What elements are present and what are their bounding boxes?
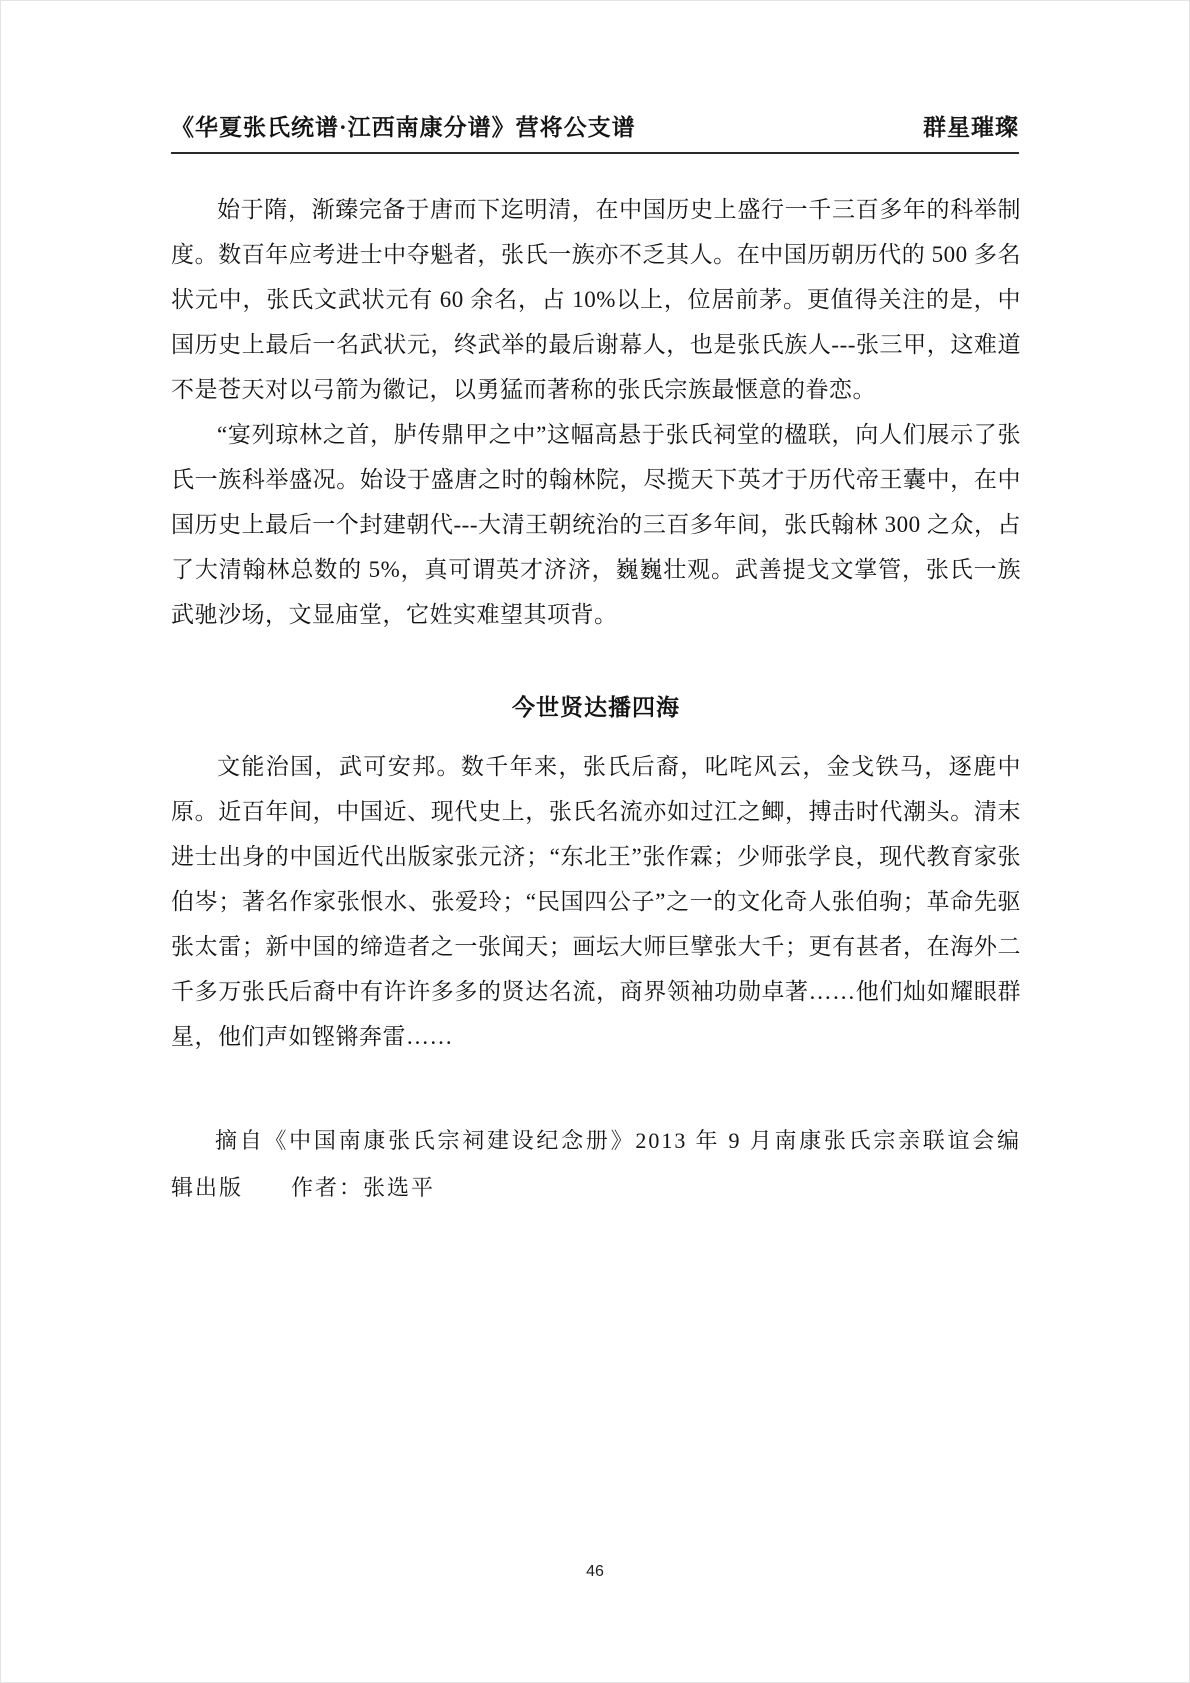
- paragraph-hanlin-academy: “宴列琼林之首，胪传鼎甲之中”这幅高悬于张氏祠堂的楹联，向人们展示了张氏一族科举…: [171, 412, 1021, 637]
- document-page: 《华夏张氏统谱·江西南康分谱》营将公支谱 群星璀璨 始于隋，渐臻完备于唐而下迄明…: [0, 0, 1190, 1683]
- header-edition: 群星璀璨: [923, 109, 1019, 142]
- page-footer: 46: [1, 1563, 1189, 1581]
- paragraph-modern-notables: 文能治国，武可安邦。数千年来，张氏后裔，叱咤风云，金戈铁马，逐鹿中原。近百年间，…: [171, 744, 1021, 1059]
- page-number: 46: [586, 1563, 604, 1580]
- paragraph-imperial-exams: 始于隋，渐臻完备于唐而下迄明清，在中国历史上盛行一千三百多年的科举制度。数百年应…: [171, 187, 1021, 412]
- header-title: 《华夏张氏统谱·江西南康分谱》营将公支谱: [171, 109, 636, 142]
- section-heading: 今世贤达播四海: [171, 685, 1021, 730]
- page-header: 《华夏张氏统谱·江西南康分谱》营将公支谱 群星璀璨: [171, 109, 1019, 154]
- citation-source: 摘自《中国南康张氏宗祠建设纪念册》2013 年 9 月南康张氏宗亲联谊会编辑出版…: [171, 1117, 1021, 1211]
- page-content: 始于隋，渐臻完备于唐而下迄明清，在中国历史上盛行一千三百多年的科举制度。数百年应…: [171, 187, 1021, 1211]
